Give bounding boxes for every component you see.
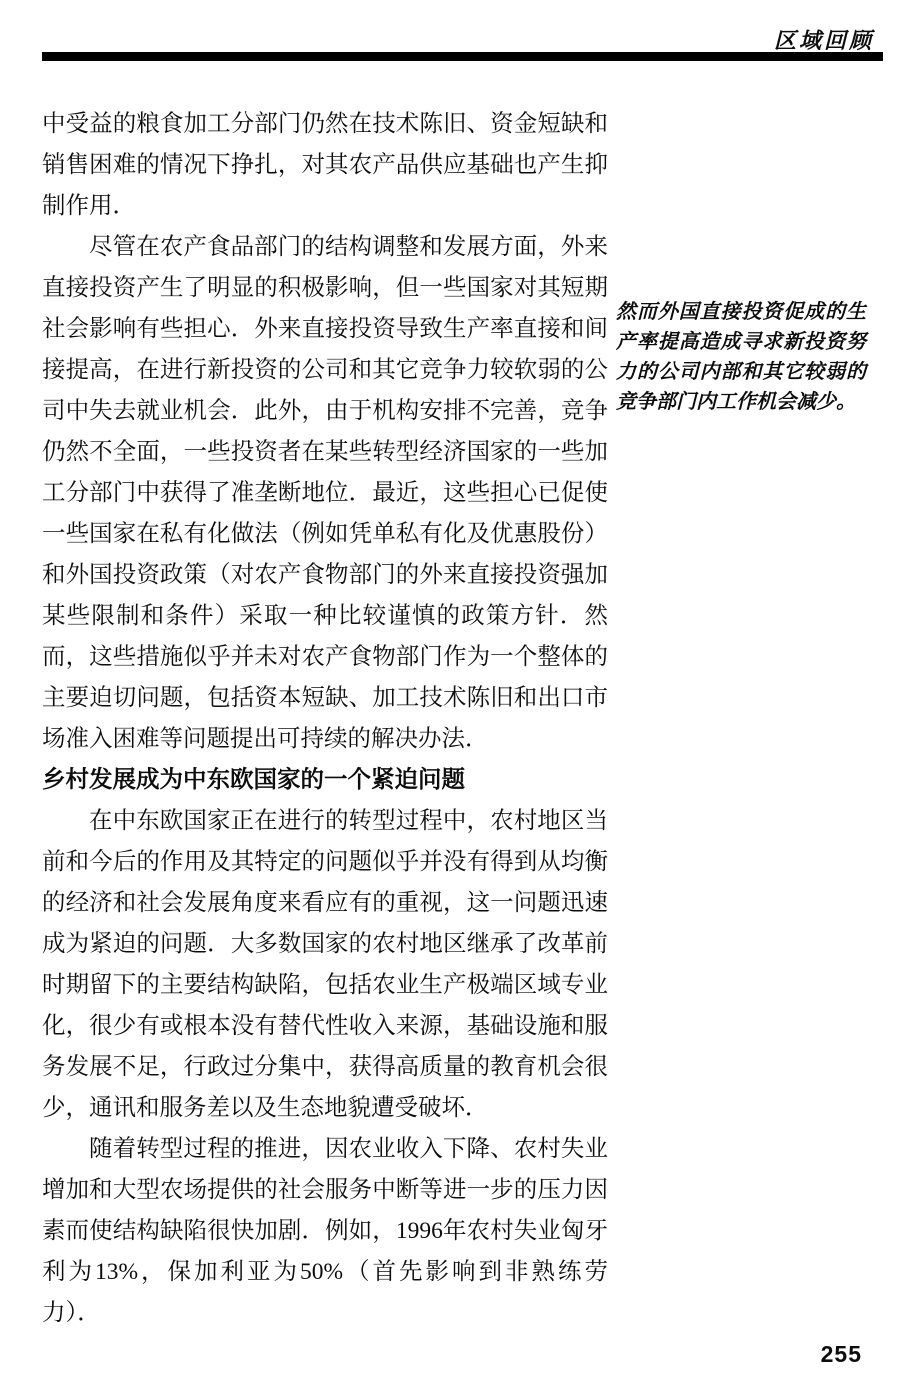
running-header-title: 区域回顾 bbox=[774, 24, 874, 55]
margin-note: 然而外国直接投资促成的生产率提高造成寻求新投资努力的公司内部和其它较弱的竞争部门… bbox=[616, 297, 866, 417]
body-paragraph-1: 中受益的粮食加工分部门仍然在技术陈旧、资金短缺和销售困难的情况下挣扎，对其农产品… bbox=[42, 104, 608, 227]
body-paragraph-4: 随着转型过程的推进，因农业收入下降、农村失业增加和大型农场提供的社会服务中断等进… bbox=[42, 1129, 608, 1334]
header-rule bbox=[42, 52, 883, 61]
body-paragraph-2: 尽管在农产食品部门的结构调整和发展方面，外来直接投资产生了明显的积极影响，但一些… bbox=[42, 227, 608, 760]
body-paragraph-3: 在中东欧国家正在进行的转型过程中，农村地区当前和今后的作用及其特定的问题似乎并没… bbox=[42, 801, 608, 1129]
section-heading: 乡村发展成为中东欧国家的一个紧迫问题 bbox=[42, 760, 608, 801]
body-text-column: 中受益的粮食加工分部门仍然在技术陈旧、资金短缺和销售困难的情况下挣扎，对其农产品… bbox=[42, 104, 608, 1334]
page-number: 255 bbox=[821, 1341, 862, 1368]
document-page: 区域回顾 中受益的粮食加工分部门仍然在技术陈旧、资金短缺和销售困难的情况下挣扎，… bbox=[0, 0, 900, 1400]
